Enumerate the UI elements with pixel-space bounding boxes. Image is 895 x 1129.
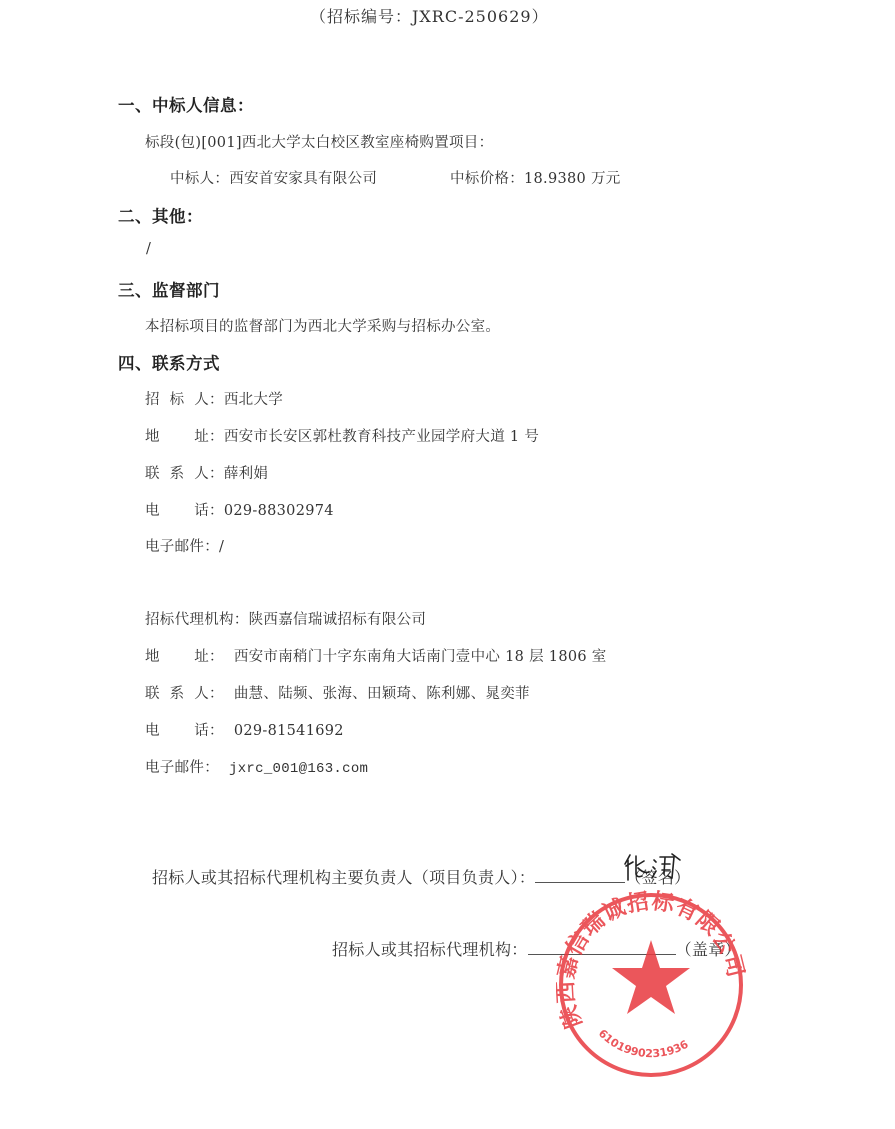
handwritten-signature [620,852,690,884]
price-label: 中标价格： [450,171,524,187]
agency-name-value: 陕西嘉信瑞诚招标有限公司 [249,608,427,629]
agency-email-row: 电子邮件：jxrc_001@163.com [145,756,368,777]
stamp-code: 6101990231936 [596,1027,691,1060]
bid-number: （招标编号：JXRC-250629） [310,4,549,27]
agency-contact-value: 曲慧、陆频、张海、田颖琦、陈利娜、晁奕菲 [234,682,530,703]
agency-phone-row: 电 话 ：029-81541692 [145,719,344,740]
agency-address-row: 地 址 ：西安市南稍门十字东南角大话南门壹中心 18 层 1806 室 [145,645,607,666]
tenderer-name-row: 招 标 人 ：西北大学 [145,388,283,409]
tenderer-address-value: 西安市长安区郭杜教育科技产业园学府大道 1 号 [224,425,539,446]
svg-text:6101990231936: 6101990231936 [596,1027,691,1060]
tenderer-phone-value: 029-88302974 [224,503,334,519]
agency-name-label: 招标代理机构 [145,608,234,629]
responsible-person-row: 招标人或其招标代理机构主要负责人（项目负责人）：（签名） [152,864,690,888]
agency-phone-label: 电 话 [145,719,209,740]
company-seal-stamp: 陕西嘉信瑞诚招标有限公司 6101990231936 [556,890,746,1080]
tenderer-address-row: 地 址 ：西安市长安区郭杜教育科技产业园学府大道 1 号 [145,425,539,446]
winner-value: 西安首安家具有限公司 [229,171,377,187]
agency-email-value: jxrc_001@163.com [229,761,368,777]
tenderer-address-label: 地 址 [145,425,209,446]
tenderer-contact-row: 联 系 人 ：薛利娟 [145,462,268,483]
signature-line [535,864,625,883]
section-heading-supervision: 三、监督部门 [118,277,220,301]
section-heading-contact: 四、联系方式 [118,350,220,374]
tenderer-email-row: 电子邮件：/ [145,535,224,556]
lot-line: 标段(包)[001]西北大学太白校区教室座椅购置项目： [145,131,493,152]
agency-name-row: 招标代理机构：陕西嘉信瑞诚招标有限公司 [145,608,426,629]
tenderer-contact-label: 联 系 人 [145,462,209,483]
agency-contact-label: 联 系 人 [145,682,209,703]
agency-phone-value: 029-81541692 [234,723,344,739]
agency-address-value: 西安市南稍门十字东南角大话南门壹中心 18 层 1806 室 [234,645,607,666]
tenderer-phone-row: 电 话 ：029-88302974 [145,499,334,520]
tenderer-email-label: 电子邮件 [145,535,204,556]
document-page: （招标编号：JXRC-250629） 一、中标人信息： 标段(包)[001]西北… [0,0,895,1129]
other-content: / [146,241,151,257]
responsible-person-label: 招标人或其招标代理机构主要负责人（项目负责人）： [152,868,535,887]
section-heading-other: 二、其他： [118,203,203,227]
price-value: 18.9380 万元 [524,171,621,187]
star-icon [612,940,690,1014]
winner-label: 中标人： [170,171,229,187]
agency-seal-label: 招标人或其招标代理机构： [332,940,528,959]
price-row: 中标价格：18.9380 万元 [450,167,621,188]
tenderer-name-label: 招 标 人 [145,388,209,409]
agency-address-label: 地 址 [145,645,209,666]
agency-email-label: 电子邮件 [145,756,204,777]
tenderer-name-value: 西北大学 [224,388,283,409]
tenderer-email-value: / [219,539,224,555]
tenderer-contact-value: 薛利娟 [224,462,268,483]
supervision-content: 本招标项目的监督部门为西北大学采购与招标办公室。 [145,315,500,336]
winner-row: 中标人：西安首安家具有限公司 [170,167,377,188]
tenderer-phone-label: 电 话 [145,499,209,520]
agency-contact-row: 联 系 人 ：曲慧、陆频、张海、田颖琦、陈利娜、晁奕菲 [145,682,530,703]
section-heading-winner-info: 一、中标人信息： [118,92,254,116]
